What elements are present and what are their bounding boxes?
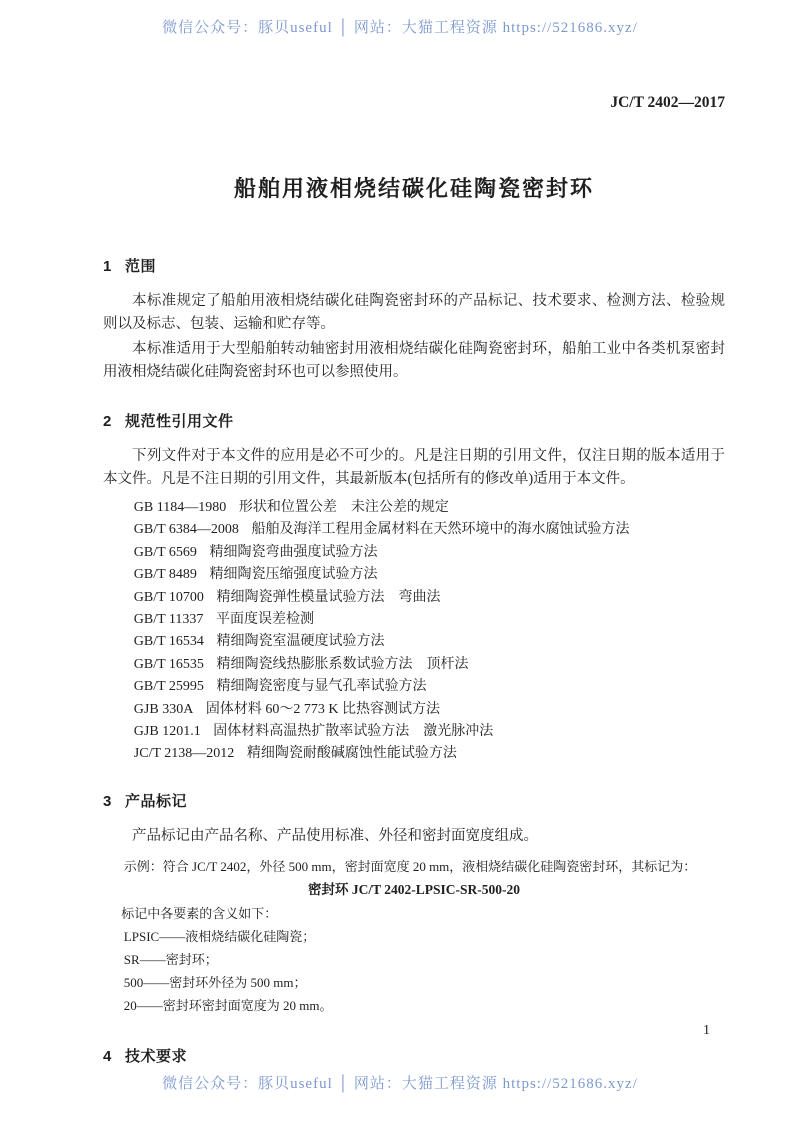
reference-title: 精细陶瓷弯曲强度试验方法 [210,545,378,560]
reference-item: JC/T 2138—2012精细陶瓷耐酸碱腐蚀性能试验方法 [134,743,725,765]
section-1-number: 1 [103,258,125,275]
reference-title: 精细陶瓷线热膨胀系数试验方法 顶杆法 [217,657,469,672]
reference-title: 形状和位置公差 未注公差的规定 [239,500,449,515]
reference-item: GB/T 6569精细陶瓷弯曲强度试验方法 [134,542,725,564]
meaning-item-500: 500——密封环外径为 500 mm； [124,971,725,994]
reference-code: GB/T 16534 [134,634,204,649]
normative-references-list: GB 1184—1980形状和位置公差 未注公差的规定 GB/T 6384—20… [103,497,725,766]
reference-title: 船舶及海洋工程用金属材料在天然环境中的海水腐蚀试验方法 [252,522,630,537]
reference-item: GB/T 16534精细陶瓷室温硬度试验方法 [134,631,725,653]
standard-code: JC/T 2402—2017 [103,94,725,112]
reference-code: GB/T 10700 [134,590,204,605]
reference-code: GB 1184—1980 [134,500,226,515]
meanings-intro: 标记中各要素的含义如下： [121,903,725,925]
section-3-paragraph-1: 产品标记由产品名称、产品使用标准、外径和密封面宽度组成。 [103,825,725,848]
reference-title: 精细陶瓷室温硬度试验方法 [217,634,385,649]
reference-title: 固体材料高温热扩散率试验方法 激光脉冲法 [213,724,493,739]
section-1-paragraph-1: 本标准规定了船舶用液相烧结碳化硅陶瓷密封环的产品标记、技术要求、检测方法、检验规… [103,290,725,336]
reference-item: GB/T 16535精细陶瓷线热膨胀系数试验方法 顶杆法 [134,654,725,676]
reference-code: GB/T 16535 [134,657,204,672]
reference-item: GB/T 11337平面度误差检测 [134,609,725,631]
reference-item: GB/T 25995精细陶瓷密度与显气孔率试验方法 [134,676,725,698]
reference-code: GJB 330A [134,702,194,717]
meaning-item-lpsic: LPSIC——液相烧结碳化硅陶瓷； [124,925,725,948]
document-content: JC/T 2402—2017 船舶用液相烧结碳化硅陶瓷密封环 1范围 本标准规定… [103,0,725,1066]
reference-code: JC/T 2138—2012 [134,746,234,761]
section-4-number: 4 [103,1048,125,1065]
reference-code: GB/T 11337 [134,612,204,627]
reference-title: 精细陶瓷压缩强度试验方法 [210,567,378,582]
reference-item: GB/T 10700精细陶瓷弹性模量试验方法 弯曲法 [134,587,725,609]
section-3-number: 3 [103,793,125,810]
reference-title: 平面度误差检测 [216,612,314,627]
section-1-paragraph-2: 本标准适用于大型船舶转动轴密封用液相烧结碳化硅陶瓷密封环，船舶工业中各类机泵密封… [103,338,725,384]
footer-watermark: 微信公众号：豚贝useful │ 网站：大猫工程资源 https://52168… [0,1072,800,1093]
section-2-title: 规范性引用文件 [125,413,234,430]
section-3-title: 产品标记 [125,793,187,810]
section-1-title: 范围 [125,258,156,275]
reference-title: 固体材料 60～2 773 K 比热容测试方法 [206,702,440,717]
reference-code: GB/T 6384—2008 [134,522,239,537]
section-4-title: 技术要求 [125,1048,187,1065]
meaning-item-sr: SR——密封环； [124,948,725,971]
page-number: 1 [703,1023,710,1039]
reference-title: 精细陶瓷耐酸碱腐蚀性能试验方法 [247,746,457,761]
reference-code: GB/T 6569 [134,545,197,560]
section-2-paragraph-1: 下列文件对于本文件的应用是必不可少的。凡是注日期的引用文件，仅注日期的版本适用于… [103,445,725,491]
reference-item: GB/T 8489精细陶瓷压缩强度试验方法 [134,564,725,586]
document-page: 微信公众号：豚贝useful │ 网站：大猫工程资源 https://52168… [0,0,800,1123]
reference-item: GB 1184—1980形状和位置公差 未注公差的规定 [134,497,725,519]
reference-item: GB/T 6384—2008船舶及海洋工程用金属材料在天然环境中的海水腐蚀试验方… [134,519,725,541]
reference-code: GJB 1201.1 [134,724,201,739]
section-4-heading: 4技术要求 [103,1045,725,1066]
reference-item: GJB 330A固体材料 60～2 773 K 比热容测试方法 [134,699,725,721]
example-designation-code: 密封环 JC/T 2402-LPSIC-SR-500-20 [103,879,725,901]
document-title: 船舶用液相烧结碳化硅陶瓷密封环 [103,172,725,203]
example-label: 示例：符合 JC/T 2402，外径 500 mm，密封面宽度 20 mm，液相… [124,856,725,878]
section-2-heading: 2规范性引用文件 [103,410,725,431]
section-2-number: 2 [103,413,125,430]
meaning-item-20: 20——密封环密封面宽度为 20 mm。 [124,994,725,1017]
reference-item: GJB 1201.1固体材料高温热扩散率试验方法 激光脉冲法 [134,721,725,743]
section-1-heading: 1范围 [103,255,725,276]
section-3-heading: 3产品标记 [103,790,725,811]
reference-title: 精细陶瓷密度与显气孔率试验方法 [217,679,427,694]
reference-code: GB/T 8489 [134,567,197,582]
reference-title: 精细陶瓷弹性模量试验方法 弯曲法 [217,590,441,605]
reference-code: GB/T 25995 [134,679,204,694]
